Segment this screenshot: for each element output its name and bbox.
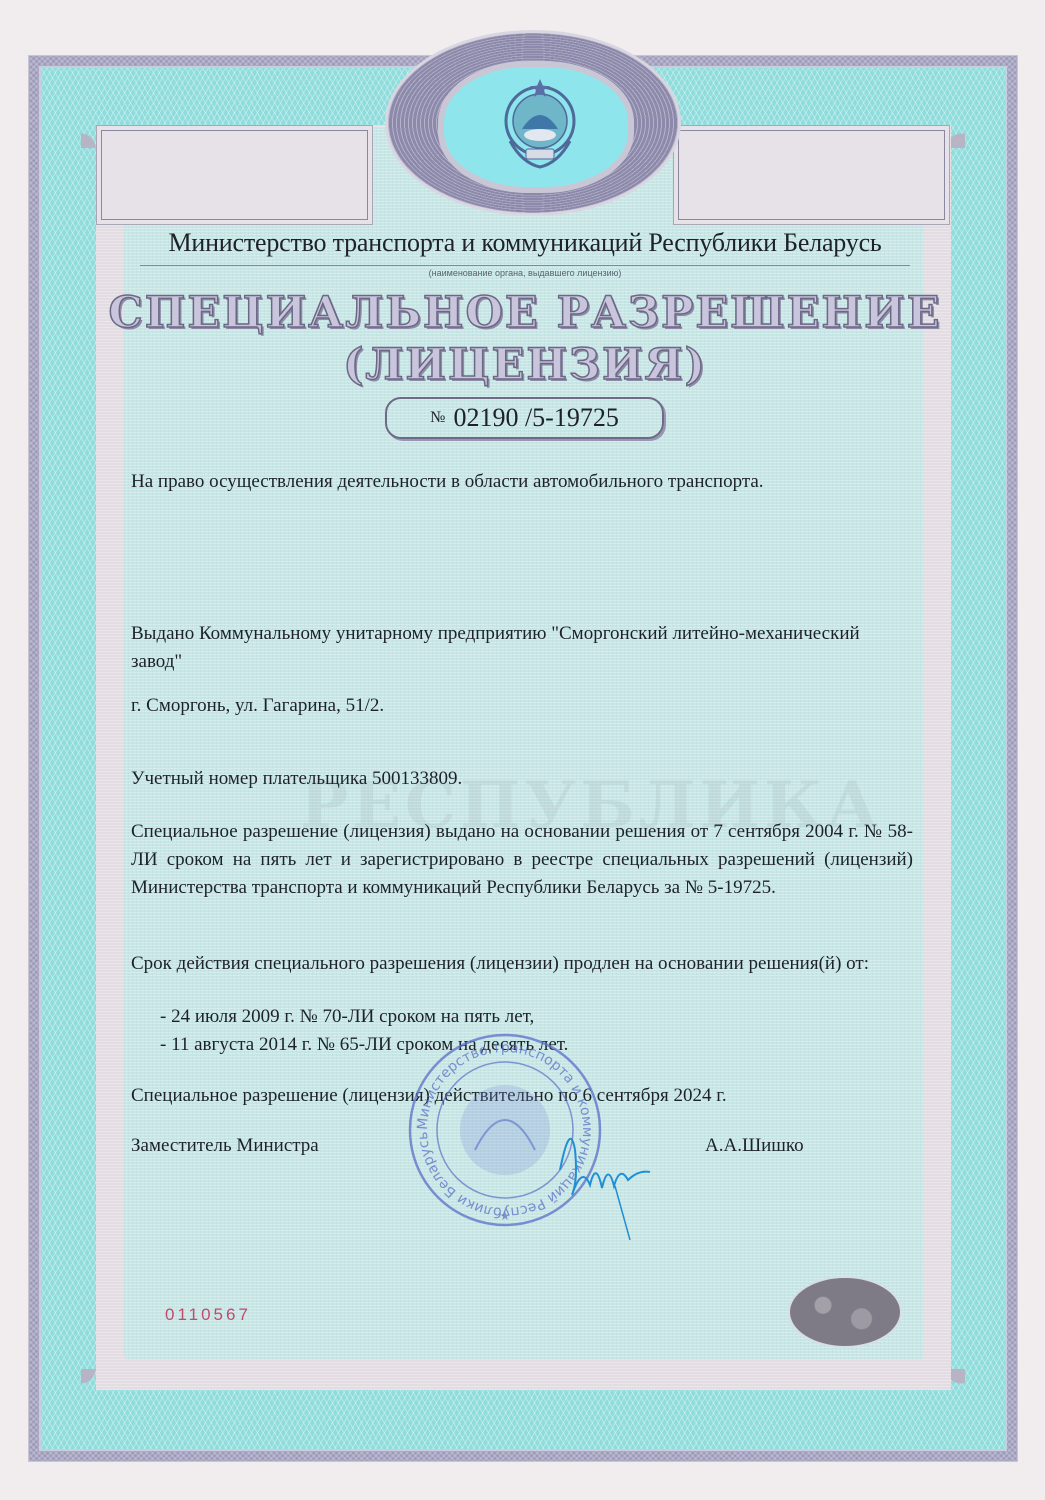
state-emblem-icon bbox=[502, 71, 578, 177]
document-subtitle: (ЛИЦЕНЗИЯ) bbox=[100, 340, 950, 390]
blank-box-right bbox=[673, 125, 950, 225]
payer-number-text: Учетный номер плательщика 500133809. bbox=[131, 765, 913, 793]
signer-title: Заместитель Министра bbox=[131, 1135, 319, 1157]
license-number: 02190 /5-19725 bbox=[453, 403, 618, 433]
serial-number: 0110567 bbox=[165, 1305, 251, 1325]
hologram-icon bbox=[790, 1278, 900, 1346]
issued-to-text: Выдано Коммунальному унитарному предприя… bbox=[131, 620, 913, 676]
number-sign: № bbox=[430, 409, 445, 427]
extension-intro: Срок действия специального разрешения (л… bbox=[131, 950, 913, 978]
blank-box-left bbox=[96, 125, 373, 225]
license-number-box: № 02190 /5-19725 bbox=[385, 397, 664, 439]
address-text: г. Сморгонь, ул. Гагарина, 51/2. bbox=[131, 692, 913, 720]
activity-text: На право осуществления деятельности в об… bbox=[131, 468, 913, 496]
signer-name: А.А.Шишко bbox=[705, 1135, 804, 1157]
extension-item: - 24 июля 2009 г. № 70-ЛИ сроком на пять… bbox=[160, 1006, 534, 1028]
basis-text: Специальное разрешение (лицензия) выдано… bbox=[131, 818, 913, 902]
issuer-underline bbox=[140, 265, 910, 266]
issuer-caption: (наименование органа, выдавшего лицензию… bbox=[100, 268, 950, 278]
issuer-name: Министерство транспорта и коммуникаций Р… bbox=[100, 228, 950, 258]
document-title: СПЕЦИАЛЬНОЕ РАЗРЕШЕНИЕ bbox=[100, 288, 950, 338]
svg-text:★: ★ bbox=[500, 1209, 511, 1223]
emblem-medallion bbox=[385, 30, 681, 216]
medallion-center bbox=[438, 61, 634, 193]
signature-icon bbox=[520, 1110, 690, 1240]
